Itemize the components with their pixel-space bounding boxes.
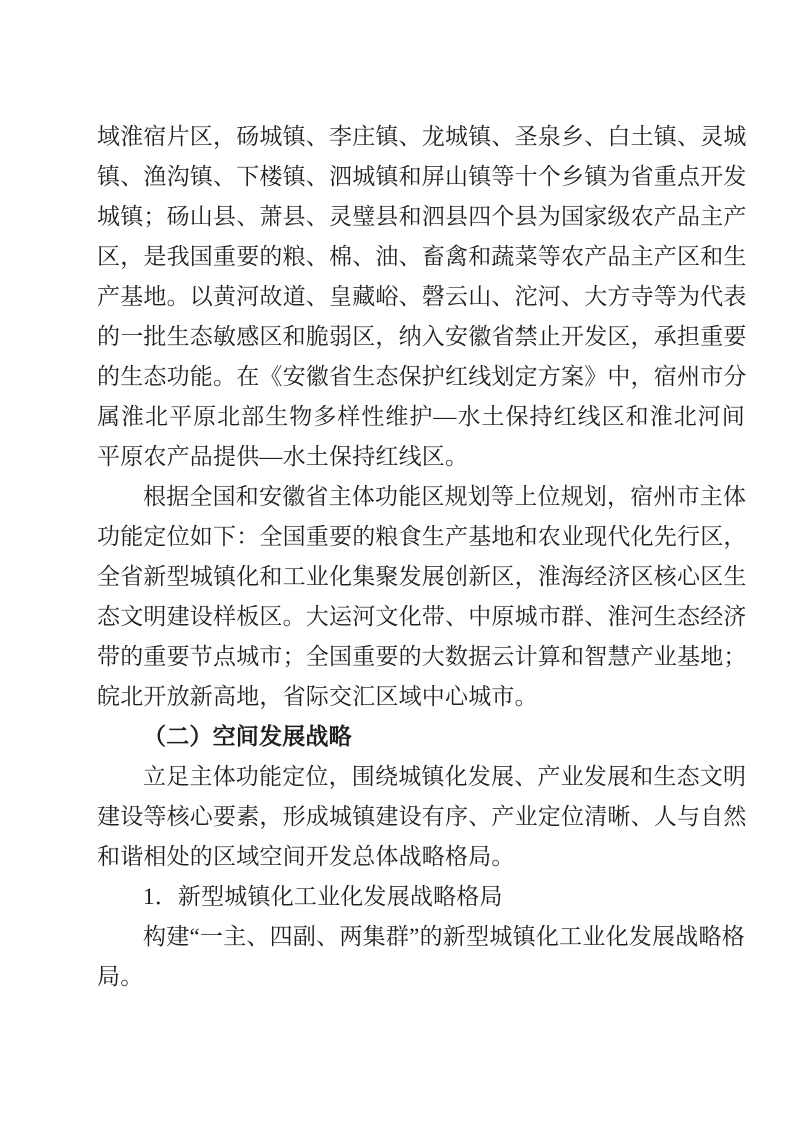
body-text-line: 局。 (97, 957, 745, 997)
body-text-line: 皖北开放新高地，省际交汇区域中心城市。 (97, 677, 745, 717)
body-text-line: 建设等核心要素，形成城镇建设有序、产业定位清晰、人与自然 (97, 797, 745, 837)
document-page: 域淮宿片区，砀城镇、李庄镇、龙城镇、圣泉乡、白土镇、灵城 镇、渔沟镇、下楼镇、泗… (0, 0, 793, 1122)
body-text-line: 区，是我国重要的粮、棉、油、畜禽和蔬菜等农产品主产区和生 (97, 237, 745, 277)
body-text-line: 立足主体功能定位，围绕城镇化发展、产业发展和生态文明 (97, 757, 745, 797)
section-heading: （二）空间发展战略 (97, 717, 745, 757)
body-text-line: 城镇；砀山县、萧县、灵璧县和泗县四个县为国家级农产品主产 (97, 197, 745, 237)
body-text-line: 构建“一主、四副、两集群”的新型城镇化工业化发展战略格 (97, 917, 745, 957)
body-text-line: 的生态功能。在《安徽省生态保护红线划定方案》中，宿州市分 (97, 357, 745, 397)
body-text-line: 全省新型城镇化和工业化集聚发展创新区，淮海经济区核心区生 (97, 557, 745, 597)
body-text-line: 的一批生态敏感区和脆弱区，纳入安徽省禁止开发区，承担重要 (97, 317, 745, 357)
numbered-heading: 1．新型城镇化工业化发展战略格局 (97, 877, 745, 917)
body-text-line: 功能定位如下：全国重要的粮食生产基地和农业现代化先行区， (97, 517, 745, 557)
body-text-line: 和谐相处的区域空间开发总体战略格局。 (97, 837, 745, 877)
body-text-line: 产基地。以黄河故道、皇藏峪、磬云山、沱河、大方寺等为代表 (97, 277, 745, 317)
body-text-line: 带的重要节点城市；全国重要的大数据云计算和智慧产业基地； (97, 637, 745, 677)
body-text-line: 属淮北平原北部生物多样性维护—水土保持红线区和淮北河间 (97, 397, 745, 437)
body-text-line: 镇、渔沟镇、下楼镇、泗城镇和屏山镇等十个乡镇为省重点开发 (97, 157, 745, 197)
body-text-line: 平原农产品提供—水土保持红线区。 (97, 437, 745, 477)
document-text-block: 域淮宿片区，砀城镇、李庄镇、龙城镇、圣泉乡、白土镇、灵城 镇、渔沟镇、下楼镇、泗… (97, 117, 745, 997)
body-text-line: 态文明建设样板区。大运河文化带、中原城市群、淮河生态经济 (97, 597, 745, 637)
body-text-line: 域淮宿片区，砀城镇、李庄镇、龙城镇、圣泉乡、白土镇、灵城 (97, 117, 745, 157)
body-text-line: 根据全国和安徽省主体功能区规划等上位规划，宿州市主体 (97, 477, 745, 517)
